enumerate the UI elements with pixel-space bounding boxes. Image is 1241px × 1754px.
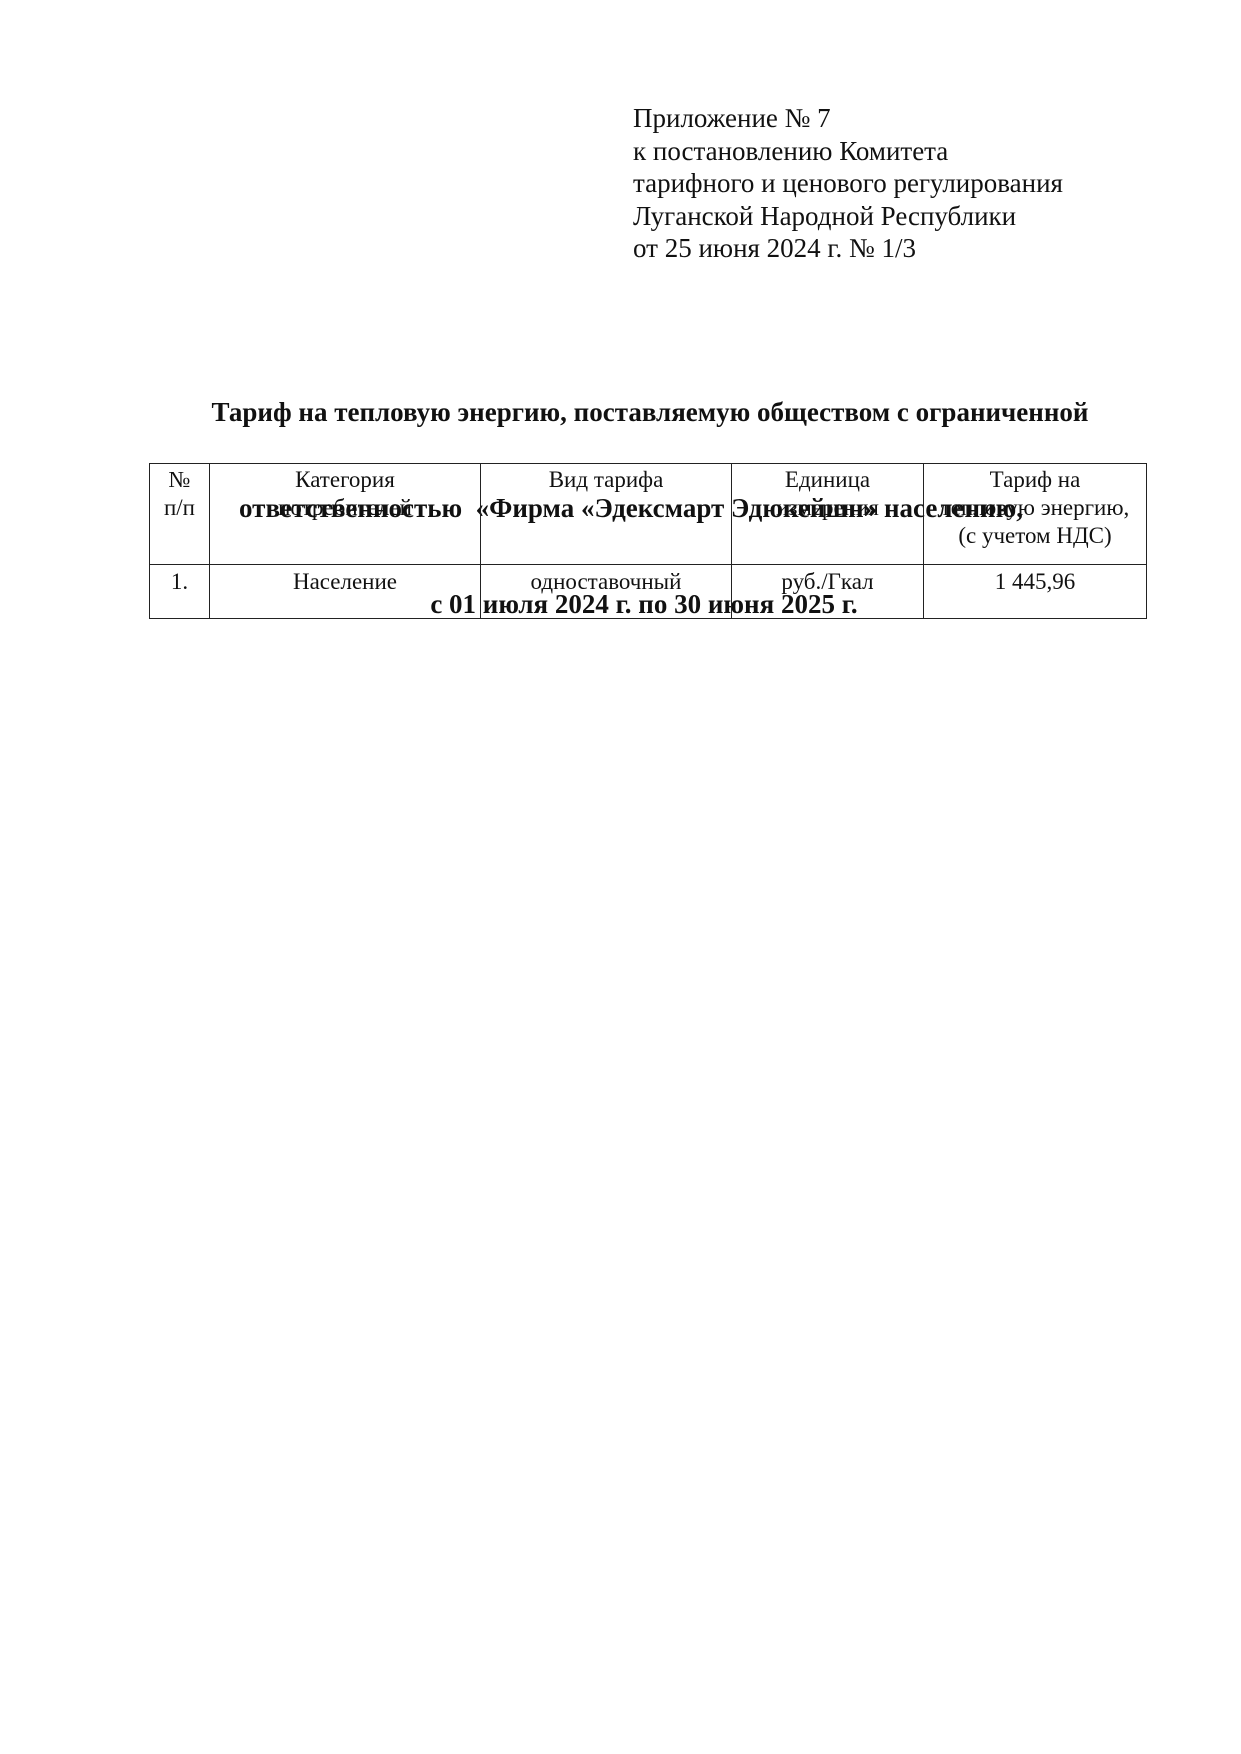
header-number: № п/п — [150, 464, 210, 565]
cell-category: Население — [210, 565, 481, 619]
appendix-reference: Приложение № 7 к постановлению Комитета … — [633, 102, 1063, 265]
header-category: Категория потребителей — [210, 464, 481, 565]
title-line: Тариф на тепловую энергию, поставляемую … — [150, 396, 1150, 428]
cell-unit: руб./Гкал — [732, 565, 924, 619]
cell-number: 1. — [150, 565, 210, 619]
appendix-line: к постановлению Комитета — [633, 135, 1063, 168]
table-header-row: № п/п Категория потребителей Вид тарифа … — [150, 464, 1147, 565]
cell-tariff: 1 445,96 — [924, 565, 1147, 619]
appendix-line: от 25 июня 2024 г. № 1/3 — [633, 232, 1063, 265]
appendix-line: тарифного и ценового регулирования — [633, 167, 1063, 200]
table-row: 1. Население одноставочный руб./Гкал 1 4… — [150, 565, 1147, 619]
tariff-table: № п/п Категория потребителей Вид тарифа … — [149, 463, 1147, 619]
appendix-line: Приложение № 7 — [633, 102, 1063, 135]
cell-tariff-type: одноставочный — [481, 565, 732, 619]
header-unit: Единица измерения — [732, 464, 924, 565]
appendix-line: Луганской Народной Республики — [633, 200, 1063, 233]
header-tariff-type: Вид тарифа — [481, 464, 732, 565]
header-tariff: Тариф на тепловую энергию, (с учетом НДС… — [924, 464, 1147, 565]
